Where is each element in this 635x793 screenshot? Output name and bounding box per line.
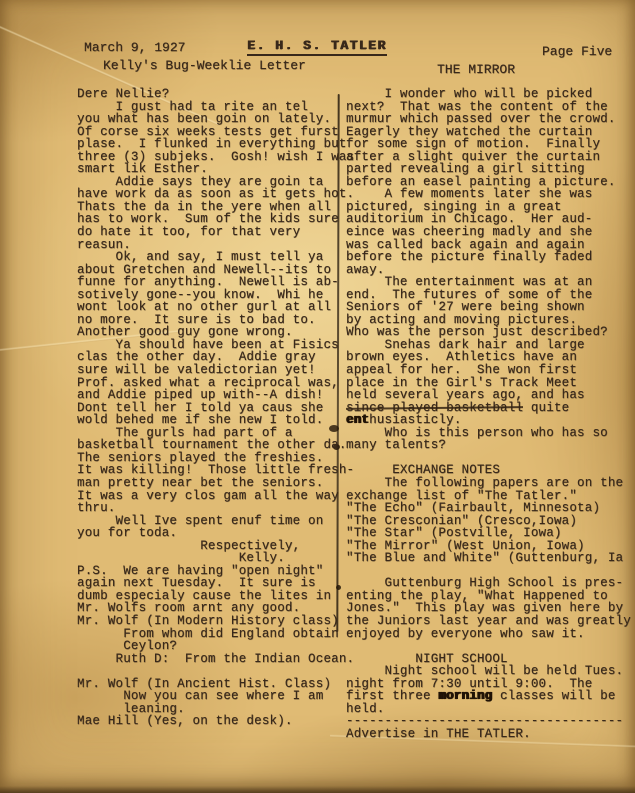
text-line: thru.	[77, 502, 367, 515]
text-line: man pretty near bet the seniors.	[77, 477, 367, 490]
text-line: Ruth D: From the Indian Ocean.	[77, 653, 367, 666]
text-line: wont look at no other gurl at all	[77, 301, 367, 314]
text-line: before the picture finally faded	[346, 251, 635, 264]
text-line: basketball tournament the other da.	[77, 439, 367, 452]
text-line: again next Tuesday. It sure is	[77, 577, 367, 590]
text-line: ------------------------------------	[346, 715, 635, 728]
text-line: It was a very clos gam all the way	[77, 490, 367, 503]
text-line: and Addie piped up with--A dish!	[77, 389, 367, 402]
issue-date: March 9, 1927	[84, 40, 185, 55]
text-line: "The Star" (Postville, Iowa)	[346, 527, 635, 540]
text-line: appeal for her. She won first	[346, 364, 635, 377]
text-line: murmur which passed over the crowd.	[346, 113, 635, 126]
text-line: Ceylon?	[77, 640, 367, 653]
text-line: plase. I flunked in everything but	[77, 138, 367, 151]
text-line: The following papers are on the	[346, 477, 635, 490]
left-column: Dere Nellie? I gust had ta rite an telyo…	[77, 88, 367, 728]
text-line: the Juniors last year and was greatly	[346, 615, 635, 628]
masthead-title: E. H. S. TATLER	[247, 38, 387, 56]
right-column-title: THE MIRROR	[437, 62, 515, 77]
text-line: Night school will be held Tues.	[346, 665, 635, 678]
overstrike-text: morning	[438, 689, 492, 703]
text-line: held several years ago, and has	[346, 389, 635, 402]
text-line: parted revealing a girl sitting	[346, 163, 635, 176]
text-line: you for toda.	[77, 527, 367, 540]
text-line	[346, 640, 635, 653]
text-line: many talents?	[346, 439, 635, 452]
text-line: Mr. Wolf (In Modern History class)	[77, 615, 367, 628]
text-line: for some sign of motion. Finally	[346, 138, 635, 151]
text-line: first three morning classes will be	[346, 690, 635, 703]
right-column: I wonder who will be pickednext? That wa…	[346, 88, 635, 740]
text-line: funne for anything. Newell is ab-	[77, 276, 367, 289]
text-line: sure will be valedictorian yet!	[77, 364, 367, 377]
text-line: "The Blue and White" (Guttenburg, Ia	[346, 552, 635, 565]
text-line: eince was cheering madly and she	[346, 226, 635, 239]
text-line: Dere Nellie?	[77, 88, 367, 101]
newspaper-page: March 9, 1927 E. H. S. TATLER Page Five …	[0, 0, 635, 793]
text-line: do hate it too, for that very	[77, 226, 367, 239]
text-line: The entertainment was at an	[346, 276, 635, 289]
text-line: Kelly.	[77, 552, 367, 565]
text-line: Ok, and say, I must tell ya	[77, 251, 367, 264]
strike-text: since played basketball	[346, 401, 523, 415]
text-line: I wonder who will be picked	[346, 88, 635, 101]
text-line: enthusiasticly.	[346, 414, 635, 427]
text-line: "The Echo" (Fairbault, Minnesota)	[346, 502, 635, 515]
text-line: Seniors of '27 were being shown	[346, 301, 635, 314]
text-line: wold behed me if she new I told.	[77, 414, 367, 427]
text-line: Advertise in THE TATLER.	[346, 728, 635, 741]
left-column-title: Kelly's Bug-Weeklie Letter	[103, 58, 306, 73]
text-line: enjoyed by everyone who saw it.	[346, 628, 635, 641]
text-line: Guttenburg High School is pres-	[346, 577, 635, 590]
text-line: Now you can see where I am	[77, 690, 367, 703]
text-line: since played basketball quite	[346, 402, 635, 415]
text-line: Mae Hill (Yes, on the desk).	[77, 715, 367, 728]
text-line: smart lik Esther.	[77, 163, 367, 176]
text-line: you what has been goin on lately.	[77, 113, 367, 126]
text-line	[77, 665, 367, 678]
page-number: Page Five	[542, 44, 612, 59]
